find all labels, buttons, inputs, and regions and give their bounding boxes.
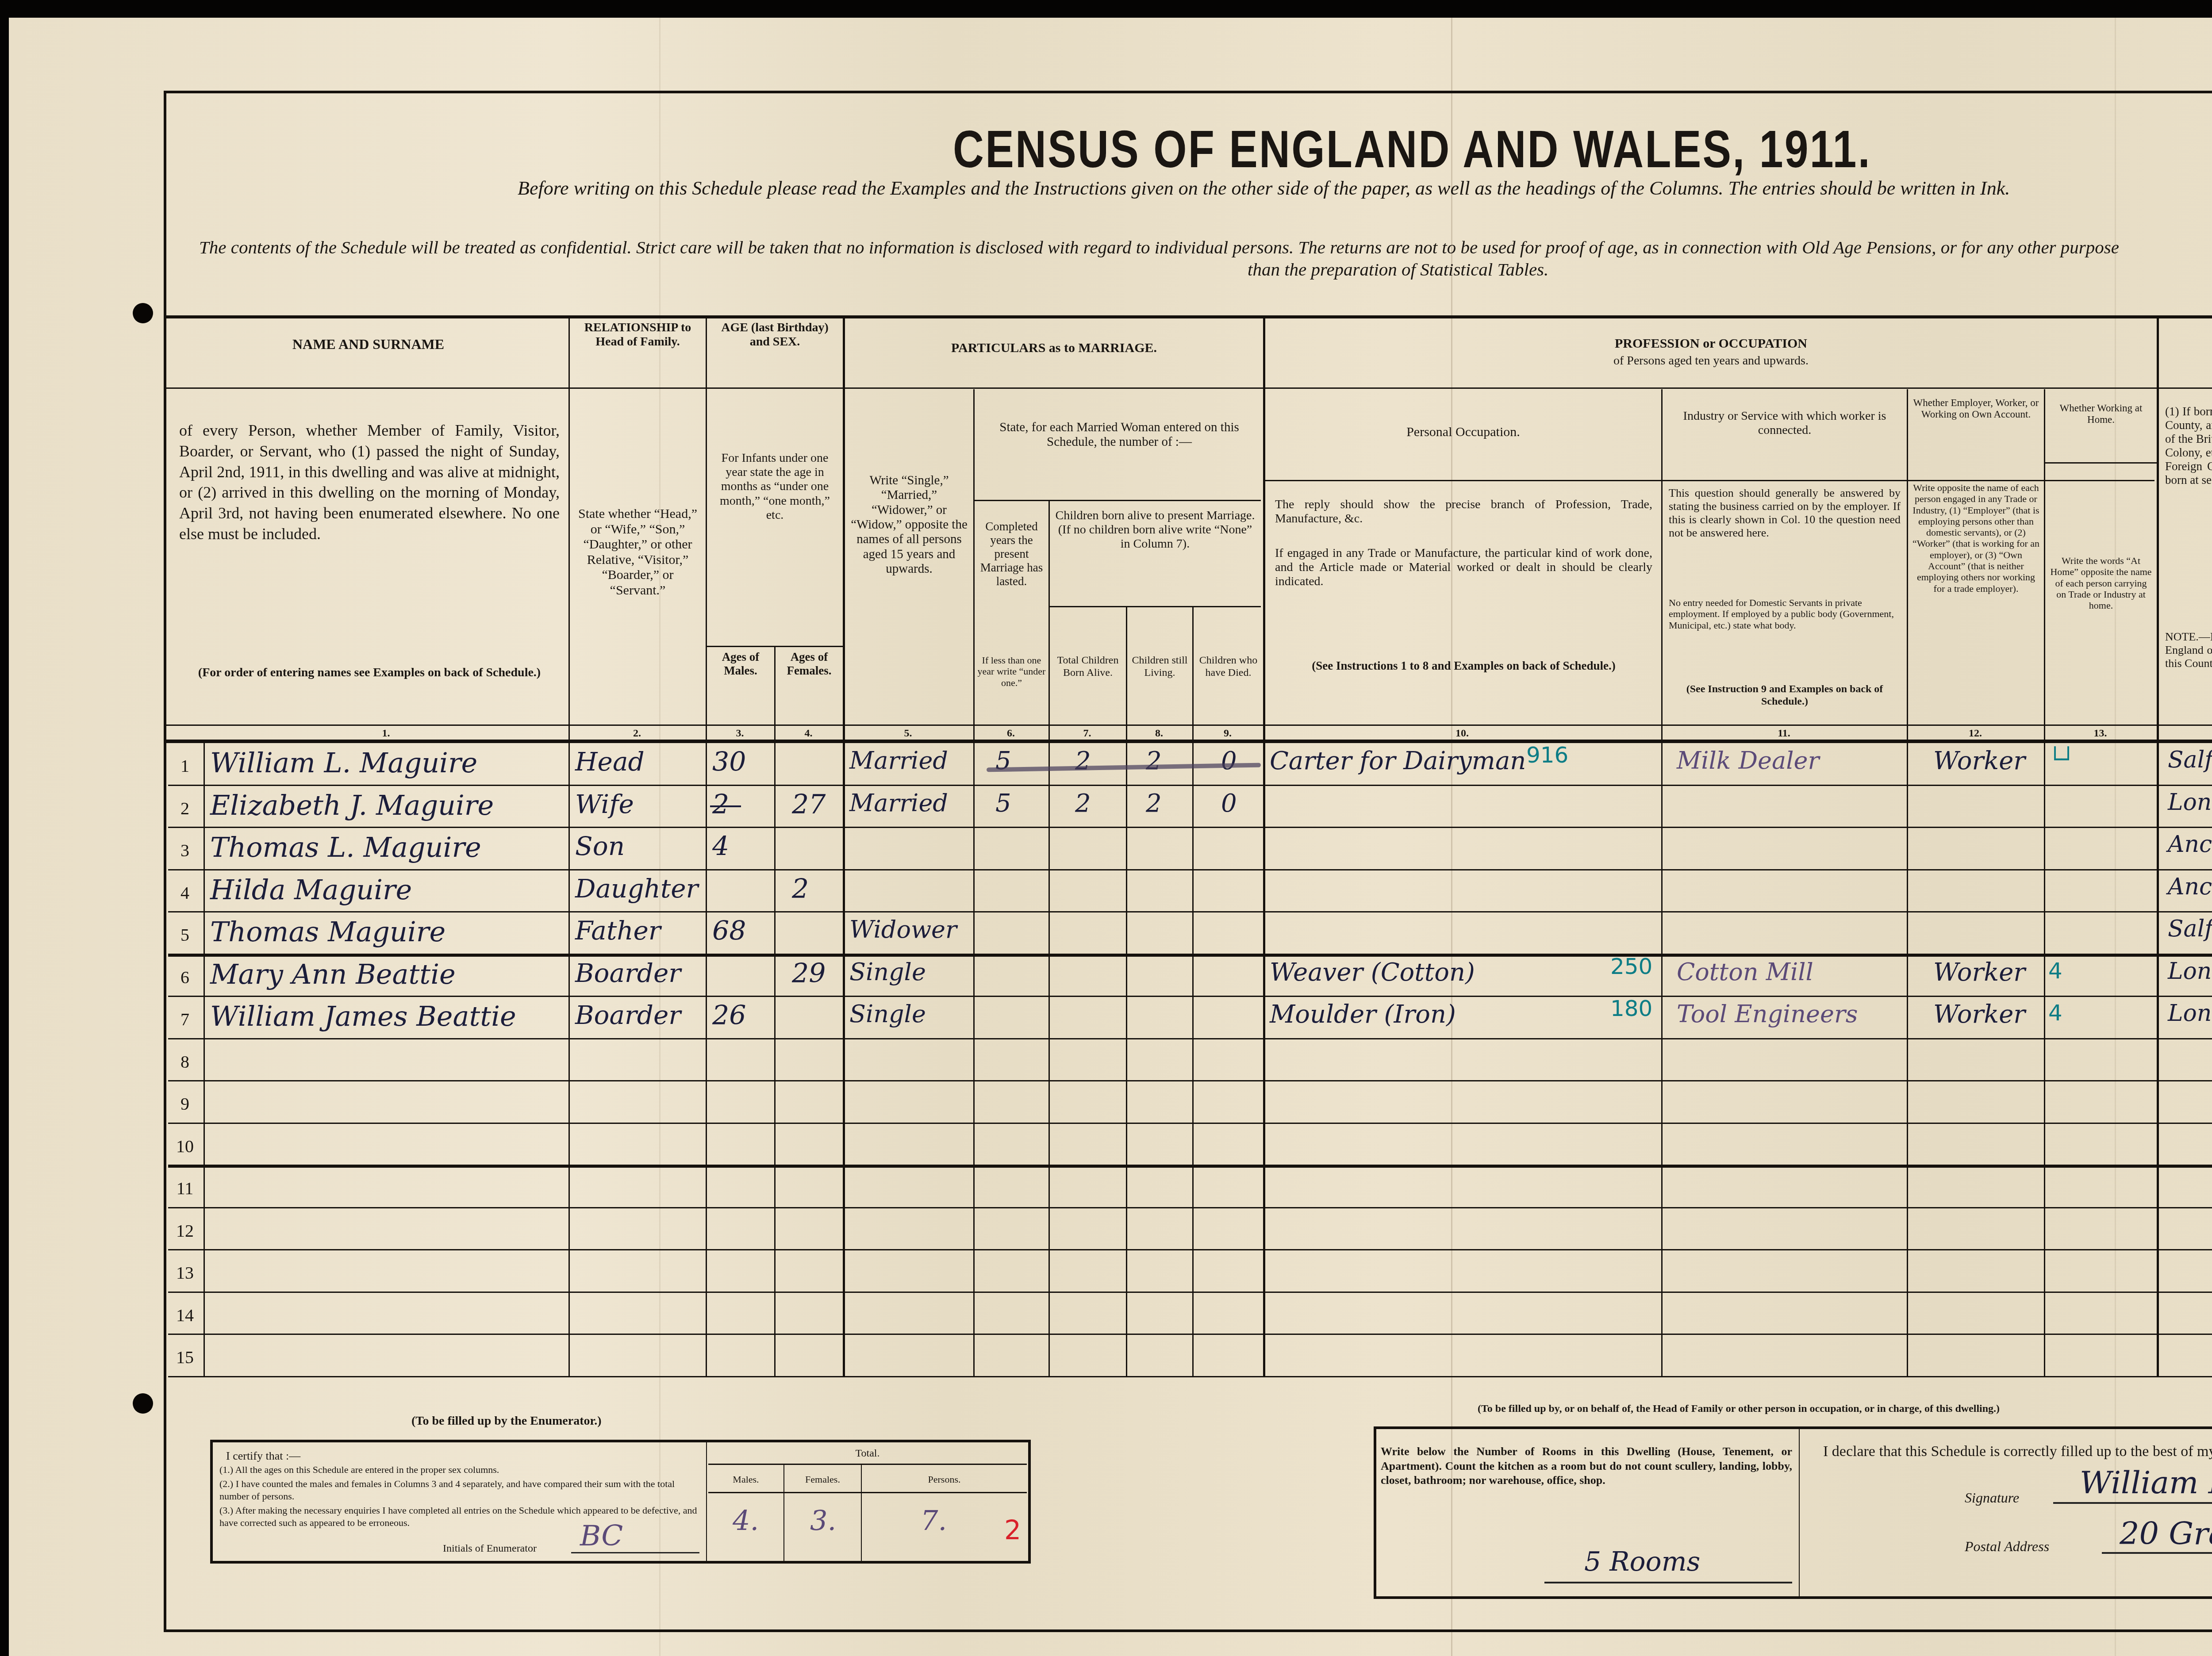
certify-item-1: (1.) All the ages on this Schedule are e… bbox=[219, 1464, 697, 1476]
name-cell[interactable]: Elizabeth J. Maguire bbox=[210, 789, 494, 821]
name-cell[interactable]: William James Beattie bbox=[210, 1000, 516, 1032]
occupation-code: 916 bbox=[1526, 742, 1568, 768]
col2-title: RELATIONSHIP to Head of Family. bbox=[570, 321, 706, 349]
initials-label: Initials of Enumerator bbox=[443, 1542, 537, 1555]
initials-value[interactable]: BC bbox=[580, 1520, 623, 1552]
females-label: Females. bbox=[784, 1473, 861, 1486]
row-rule bbox=[168, 827, 2212, 828]
crossout-mark bbox=[710, 805, 741, 807]
males-label: Males. bbox=[708, 1473, 783, 1486]
certify-item-2: (2.) I have counted the males and female… bbox=[219, 1478, 697, 1502]
age-males-cell[interactable]: 2 bbox=[712, 789, 729, 820]
birthplace-cell[interactable]: Salford Manchester bbox=[2168, 916, 2212, 942]
row-rule bbox=[168, 1207, 2212, 1208]
col7-group-desc: Children born alive to present Marriage.… bbox=[1049, 509, 1261, 552]
marriage-cell[interactable]: Single bbox=[849, 958, 926, 986]
col-number: 13. bbox=[2044, 728, 2157, 740]
row-number: 5 bbox=[167, 924, 203, 945]
row-number: 11 bbox=[167, 1178, 203, 1199]
confidential-line-2: than the preparation of Statistical Tabl… bbox=[1248, 259, 1548, 280]
certify-label: I certify that :— bbox=[226, 1449, 300, 1464]
row-number: 4 bbox=[167, 882, 203, 903]
occupation-group-sub: of Persons aged ten years and upwards. bbox=[1265, 354, 2157, 368]
birthplace-cell[interactable]: Ancoats Manchester bbox=[2168, 831, 2212, 858]
row-number: 1 bbox=[167, 755, 203, 776]
col11-desc3: (See Instruction 9 and Examples on back … bbox=[1663, 683, 1907, 708]
col-number: 5. bbox=[843, 728, 973, 740]
col-number: 7. bbox=[1048, 728, 1126, 740]
row-rule bbox=[168, 1123, 2212, 1124]
row-number: 12 bbox=[167, 1220, 203, 1241]
occupation-group-title: PROFESSION or OCCUPATION bbox=[1265, 336, 2157, 352]
address-line bbox=[2102, 1552, 2212, 1554]
name-cell[interactable]: Mary Ann Beattie bbox=[210, 958, 456, 990]
row-number: 14 bbox=[167, 1305, 203, 1326]
rooms-instruction: Write below the Number of Rooms in this … bbox=[1381, 1445, 1792, 1488]
relationship-cell[interactable]: Father bbox=[575, 916, 661, 946]
confidential-line: The contents of the Schedule will be tre… bbox=[199, 237, 2119, 258]
col10-desc2: If engaged in any Trade or Manufacture, … bbox=[1266, 546, 1661, 589]
col5-desc: Write “Single,” “Married,” “Widower,” or… bbox=[845, 473, 973, 576]
head-heading: (To be filled up by, or on behalf of, th… bbox=[1478, 1402, 2000, 1415]
occupation-cell[interactable]: Weaver (Cotton) bbox=[1270, 958, 1475, 987]
page-title: CENSUS OF ENGLAND AND WALES, 1911. bbox=[254, 119, 2212, 180]
row-number: 2 bbox=[167, 798, 203, 819]
enumerator-heading: (To be filled up by the Enumerator.) bbox=[411, 1413, 602, 1429]
col14-desc: (1) If born in the United Kingdom, write… bbox=[2159, 405, 2212, 487]
row-number: 7 bbox=[167, 1009, 203, 1030]
living-cell[interactable]: 2 bbox=[1146, 789, 1162, 818]
col-line bbox=[706, 1442, 707, 1561]
header-bottom-rule bbox=[166, 724, 2212, 726]
row-number: 6 bbox=[167, 967, 203, 988]
col6-desc2: If less than one year write “under one.” bbox=[975, 655, 1048, 688]
birthplace-cell[interactable]: Ancoats Manchester bbox=[2168, 874, 2212, 900]
row-rule bbox=[168, 996, 2212, 997]
col-line bbox=[1126, 606, 1127, 1376]
col7-desc: Total Children Born Alive. bbox=[1050, 655, 1126, 679]
occupation-code: 180 bbox=[1610, 996, 1652, 1021]
age-females-cell[interactable]: 2 bbox=[792, 874, 809, 905]
rooms-line bbox=[1544, 1582, 1792, 1583]
total-divider-2 bbox=[708, 1492, 1027, 1493]
col1-title: NAME AND SURNAME bbox=[168, 336, 568, 353]
row-number: 9 bbox=[167, 1093, 203, 1114]
col1-desc2: (For order of entering names see Example… bbox=[170, 666, 568, 680]
col12-title: Whether Employer, Worker, or Working on … bbox=[1908, 397, 2044, 421]
age-females-cell[interactable]: 27 bbox=[792, 789, 826, 820]
age-females-cell[interactable]: 29 bbox=[792, 958, 826, 989]
row-number: 13 bbox=[167, 1262, 203, 1283]
age-males-cell[interactable]: 26 bbox=[712, 1000, 746, 1031]
died-cell[interactable]: 0 bbox=[1221, 789, 1237, 818]
females-total[interactable]: 3. bbox=[810, 1504, 836, 1537]
header-divider bbox=[166, 387, 2212, 389]
relationship-cell[interactable]: Son bbox=[575, 831, 625, 861]
males-total[interactable]: 4. bbox=[733, 1504, 759, 1537]
marriage-cell[interactable]: Married bbox=[849, 747, 948, 774]
name-cell[interactable]: Hilda Maguire bbox=[210, 874, 412, 906]
birthplace-cell[interactable]: Londonderry Ireland bbox=[2168, 1000, 2212, 1027]
col10-title: Personal Occupation. bbox=[1265, 425, 1661, 440]
relationship-cell[interactable]: Head bbox=[575, 747, 645, 777]
row-rule bbox=[168, 1376, 2212, 1377]
died-cell[interactable]: 0 bbox=[1221, 747, 1237, 775]
occupation-cell[interactable]: Moulder (Iron) bbox=[1270, 1000, 1456, 1029]
col3-title: AGE (last Birthday) and SEX. bbox=[707, 321, 843, 349]
home-cell[interactable]: 4 bbox=[2048, 958, 2062, 984]
occupation-code: 250 bbox=[1610, 954, 1652, 979]
occupation-cell[interactable]: Carter for Dairyman bbox=[1270, 747, 1526, 775]
row-rule bbox=[168, 869, 2212, 870]
industry-cell[interactable]: Tool Engineers bbox=[1677, 1000, 1858, 1028]
col-number: 12. bbox=[1907, 728, 2044, 740]
born-alive-cell[interactable]: 2 bbox=[1075, 747, 1091, 775]
col13-title: Whether Working at Home. bbox=[2045, 402, 2157, 426]
col-line bbox=[1263, 317, 1265, 1376]
col-line bbox=[1799, 1429, 1800, 1596]
col-line bbox=[774, 646, 776, 1376]
row-rule bbox=[168, 1038, 2212, 1039]
signature-label: Signature bbox=[1965, 1489, 2019, 1506]
row-number: 8 bbox=[167, 1051, 203, 1072]
enumerator-box: I certify that :— (1.) All the ages on t… bbox=[210, 1440, 1031, 1564]
col3-sub: Ages of Males. bbox=[707, 650, 774, 678]
col-line bbox=[1048, 500, 1050, 1376]
marriage-cell[interactable]: Single bbox=[849, 1000, 926, 1028]
row-number: 3 bbox=[167, 840, 203, 861]
persons-total[interactable]: 7. bbox=[921, 1504, 947, 1537]
employment-cell[interactable]: Worker bbox=[1933, 747, 2025, 775]
colnum-rule bbox=[166, 740, 2212, 743]
industry-cell[interactable]: Cotton Mill bbox=[1677, 958, 1813, 986]
col13-desc: Write the words “At Home” opposite the n… bbox=[2045, 555, 2157, 611]
age-males-cell[interactable]: 30 bbox=[712, 747, 746, 778]
children-subdivider bbox=[1048, 606, 1261, 607]
birthplace-cell[interactable]: Londonderry Ireland bbox=[2168, 789, 2212, 816]
col-number: 1. bbox=[204, 728, 568, 740]
col10-desc3: (See Instructions 1 to 8 and Examples on… bbox=[1266, 659, 1661, 673]
marriage-cell[interactable]: Widower bbox=[849, 916, 957, 943]
head-box: Write below the Number of Rooms in this … bbox=[1374, 1426, 2212, 1599]
certify-item-3: (3.) After making the necessary enquirie… bbox=[219, 1504, 697, 1529]
living-cell[interactable]: 2 bbox=[1146, 747, 1162, 775]
address-label: Postal Address bbox=[1965, 1537, 2049, 1555]
row-rule bbox=[168, 911, 2212, 912]
employment-cell[interactable]: Worker bbox=[1933, 958, 2025, 987]
col2-desc: State whether “Head,” or “Wife,” “Son,” … bbox=[570, 506, 706, 598]
name-cell[interactable]: Thomas L. Maguire bbox=[210, 831, 481, 863]
employment-cell[interactable]: Worker bbox=[1933, 1000, 2025, 1029]
birthplace-cell[interactable]: Salford, Lancashire bbox=[2168, 747, 2212, 773]
col10-desc: The reply should show the precise branch… bbox=[1266, 498, 1661, 526]
home-cell[interactable]: 4 bbox=[2048, 1000, 2062, 1026]
col11-title: Industry or Service with which worker is… bbox=[1663, 409, 1907, 437]
col4-sub: Ages of Females. bbox=[776, 650, 843, 678]
col-number: 2. bbox=[568, 728, 706, 740]
col-line bbox=[568, 317, 570, 1376]
relationship-cell[interactable]: Daughter bbox=[575, 874, 698, 904]
declaration: I declare that this Schedule is correctl… bbox=[1823, 1442, 2212, 1461]
total-label: Total. bbox=[708, 1447, 1027, 1460]
col-number: 10. bbox=[1263, 728, 1661, 740]
punch-hole bbox=[133, 1393, 153, 1414]
industry-cell[interactable]: Milk Dealer bbox=[1677, 747, 1819, 774]
row-number: 10 bbox=[167, 1136, 203, 1157]
col13-subdivider bbox=[2045, 462, 2157, 464]
row-rule bbox=[168, 785, 2212, 786]
col12-desc: Write opposite the name of each person e… bbox=[1908, 482, 2044, 594]
col12-subdivider bbox=[1908, 480, 2044, 481]
col8-desc: Children still Living. bbox=[1127, 655, 1192, 679]
table-top-rule bbox=[166, 315, 2212, 318]
relationship-cell[interactable]: Wife bbox=[575, 789, 634, 819]
row-rule bbox=[168, 1249, 2212, 1250]
col11-desc: This question should generally be answer… bbox=[1663, 487, 1907, 540]
col-line bbox=[2044, 389, 2045, 1376]
name-cell[interactable]: William L. Maguire bbox=[210, 747, 477, 779]
rooms-value[interactable]: 5 Rooms bbox=[1584, 1546, 1700, 1577]
instruction-line: Before writing on this Schedule please r… bbox=[518, 177, 2010, 199]
col-number: 14. bbox=[2157, 728, 2212, 740]
col-number: 4. bbox=[774, 728, 843, 740]
relationship-cell[interactable]: Boarder bbox=[575, 958, 681, 988]
col9-desc: Children who have Died. bbox=[1194, 655, 1263, 679]
address-value[interactable]: 20 Gray Street Ancoats bbox=[2120, 1515, 2212, 1552]
age-males-cell[interactable]: 68 bbox=[712, 916, 746, 947]
col14-title: BIRTHPLACE of every person. bbox=[2159, 334, 2212, 348]
col-number: 9. bbox=[1192, 728, 1263, 740]
col6-desc: Completed years the present Marriage has… bbox=[975, 520, 1048, 588]
col14-desc2: NOTE.—In the case of persons born elsewh… bbox=[2159, 630, 2212, 670]
col-number: 3. bbox=[706, 728, 774, 740]
signature-value[interactable]: William Lightfoot Maguire bbox=[2080, 1464, 2212, 1501]
col3-desc: For Infants under one year state the age… bbox=[707, 451, 843, 522]
col-line bbox=[204, 740, 205, 1376]
birthplace-cell[interactable]: Londonderry Ireland bbox=[2168, 958, 2212, 985]
marriage-group-title: PARTICULARS as to MARRIAGE. bbox=[845, 341, 1263, 356]
row-rule bbox=[168, 1165, 2212, 1168]
signature-line bbox=[2053, 1502, 2212, 1504]
red-mark: 2 bbox=[1004, 1515, 1021, 1546]
name-cell[interactable]: Thomas Maguire bbox=[210, 916, 445, 948]
home-cell[interactable]: └┘ bbox=[2048, 747, 2075, 772]
punch-hole bbox=[133, 303, 153, 323]
born-alive-cell[interactable]: 2 bbox=[1075, 789, 1091, 818]
col-number: 11. bbox=[1661, 728, 1907, 740]
marriage-subdivider bbox=[973, 500, 1261, 501]
col-number: 6. bbox=[973, 728, 1048, 740]
col-number: 8. bbox=[1126, 728, 1192, 740]
row-rule bbox=[168, 1292, 2212, 1293]
persons-label: Persons. bbox=[862, 1473, 1027, 1486]
col-line bbox=[1192, 606, 1194, 1376]
marriage-cell[interactable]: Married bbox=[849, 789, 948, 817]
col11-desc2: No entry needed for Domestic Servants in… bbox=[1663, 597, 1907, 631]
relationship-cell[interactable]: Boarder bbox=[575, 1000, 681, 1030]
row-rule bbox=[168, 954, 2212, 957]
row-number: 15 bbox=[167, 1347, 203, 1368]
age-males-cell[interactable]: 4 bbox=[712, 831, 729, 862]
row-rule bbox=[168, 1334, 2212, 1335]
row-rule bbox=[168, 1080, 2212, 1081]
col6-group-desc: State, for each Married Woman entered on… bbox=[975, 420, 1263, 450]
total-divider bbox=[708, 1464, 1027, 1465]
years-married-cell[interactable]: 5 bbox=[995, 789, 1011, 818]
col1-desc: of every Person, whether Member of Famil… bbox=[170, 420, 568, 544]
